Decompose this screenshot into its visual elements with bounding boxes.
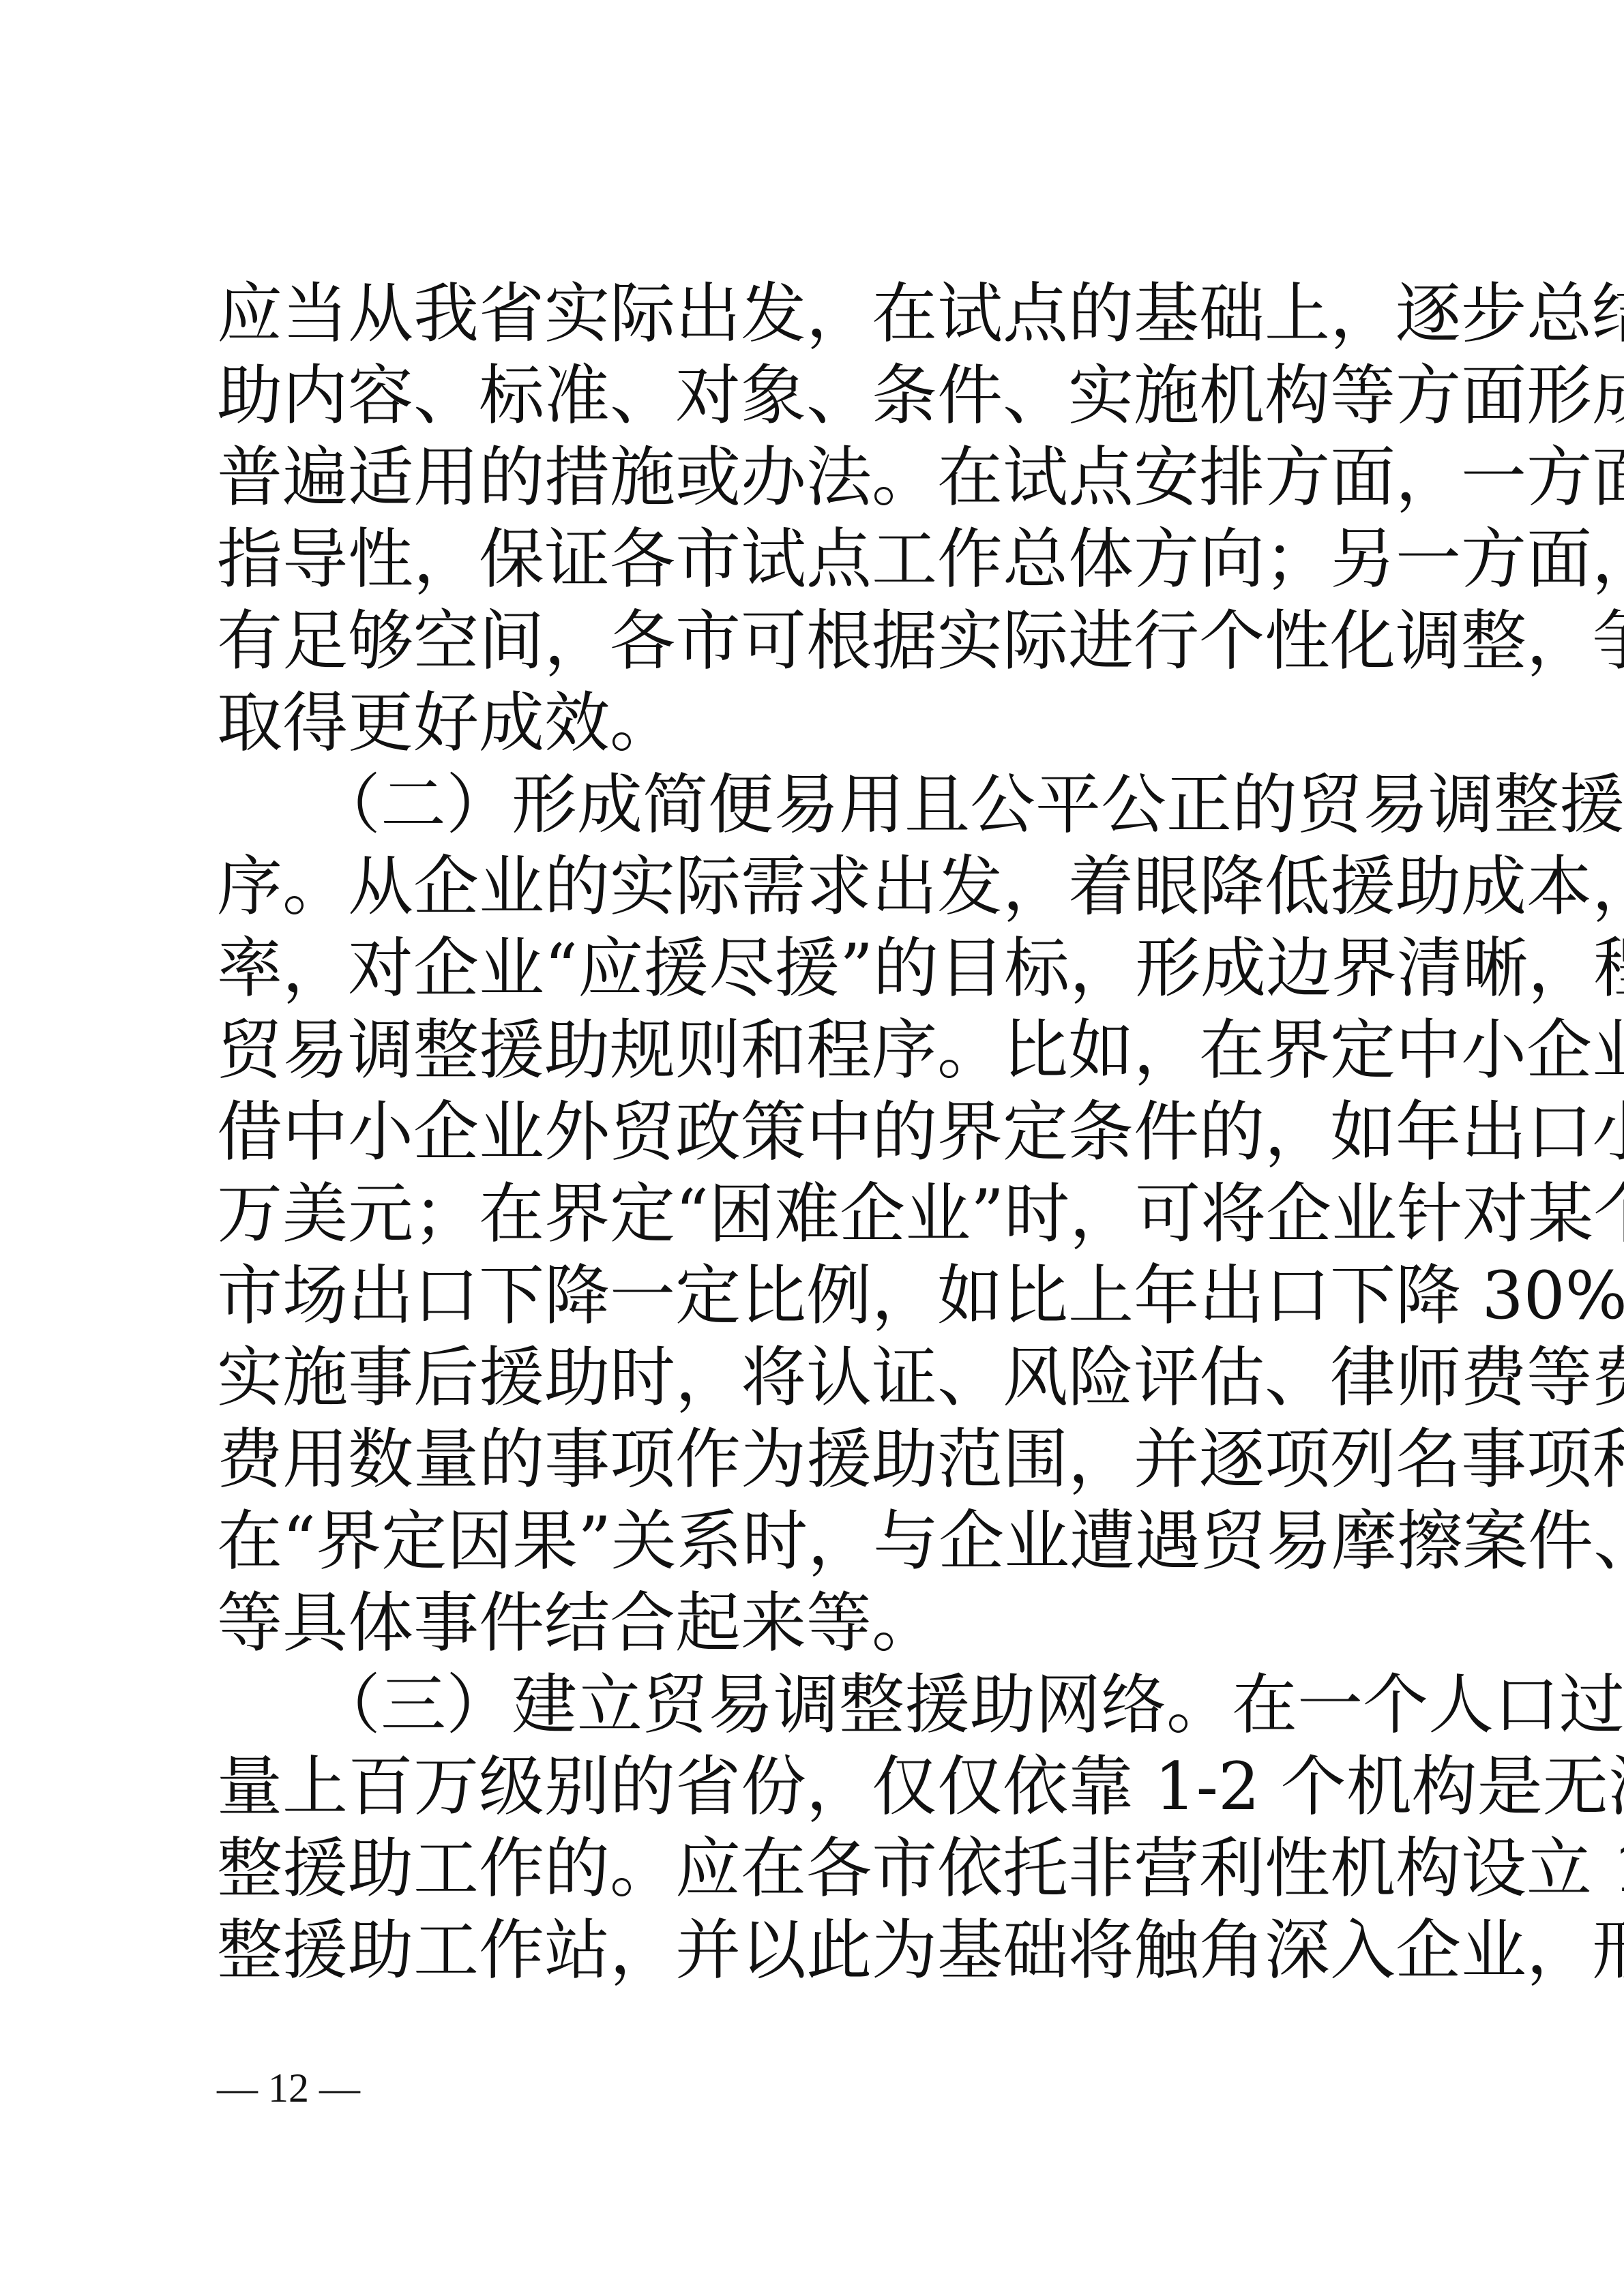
body-text-line: 量上百万级别的省份，仅仅依靠 1-2 个机构是无法做好贸易调 (217, 1746, 1419, 1828)
page-number: — 12 — (217, 2061, 360, 2115)
body-text-line: 序。从企业的实际需求出发，着眼降低援助成本，提高援助效 (217, 846, 1419, 927)
body-text-line: 指导性，保证各市试点工作总体方向；另一方面，要给各市留 (217, 518, 1419, 600)
body-text-line: 实施事后援助时，将认证、风险评估、律师费等费用容易确认 (217, 1337, 1419, 1418)
body-text-line: 整援助工作站，并以此为基础将触角深入企业，形成贸易调整 (217, 1909, 1419, 1991)
body-text-line: 取得更好成效。 (217, 682, 1419, 764)
body-text-line: 借中小企业外贸政策中的界定条件的，如年出口小于等于 6500 (217, 1091, 1419, 1173)
body-text-line: 费用数量的事项作为援助范围，并逐项列名事项和金额上限； (217, 1418, 1419, 1500)
body-text-line: 贸易调整援助规则和程序。比如，在界定中小企业概念时，可 (217, 1009, 1419, 1091)
section-heading-2: （二）形成简便易用且公平公正的贸易调整援助规则和程 (217, 764, 1419, 846)
section-heading-3: （三）建立贸易调整援助网络。在一个人口过亿、企业数 (217, 1664, 1419, 1746)
document-page: 应当从我省实际出发，在试点的基础上，逐步总结提炼，在援 助内容、标准、对象、条件… (0, 0, 1624, 2296)
body-text-line: 万美元；在界定“困难企业”时，可将企业针对某个或某几个 (217, 1173, 1419, 1255)
body-text-line: 整援助工作的。应在各市依托非营利性机构设立 1-2 个贸易调 (217, 1828, 1419, 1909)
body-text-line: 率，对企业“应援尽援”的目标，形成边界清晰，程序简便的 (217, 927, 1419, 1009)
body-text-line: 市场出口下降一定比例，如比上年出口下降 30%为门槛条件；在 (217, 1255, 1419, 1337)
body-text-line: 在“界定因果”关系时，与企业遭遇贸易摩擦案件、出口管制 (217, 1500, 1419, 1582)
body-text-line: 普遍适用的措施或办法。在试点安排方面，一方面应有足够的 (217, 436, 1419, 518)
body-text-line: 有足够空间，各市可根据实际进行个性化调整，争取试点工作 (217, 600, 1419, 682)
body-text-line: 助内容、标准、对象、条件、实施机构等方面形成既灵活，又 (217, 355, 1419, 436)
body-text-line: 应当从我省实际出发，在试点的基础上，逐步总结提炼，在援 (217, 273, 1419, 355)
body-text-line: 等具体事件结合起来等。 (217, 1582, 1419, 1664)
